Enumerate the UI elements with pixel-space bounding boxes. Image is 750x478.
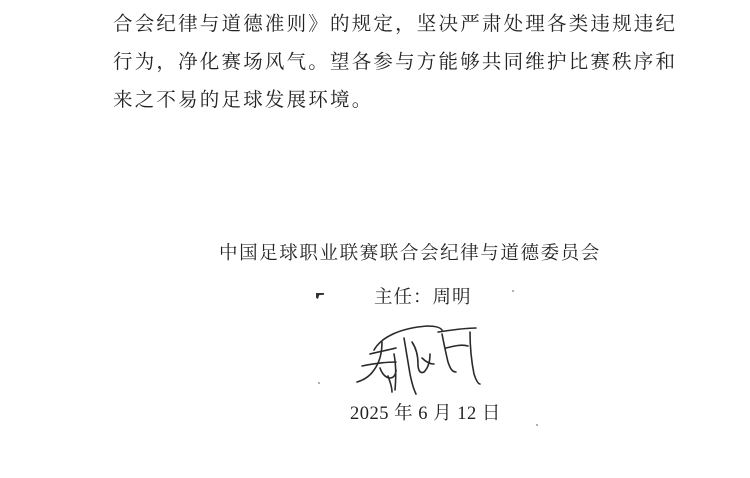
signing-date: 2025 年 6 月 12 日 <box>350 403 501 425</box>
scan-artifact-dot <box>512 290 514 292</box>
director-name: 主任：周明 <box>374 287 472 309</box>
signature-icon <box>352 318 497 400</box>
body-text-line-3: 来之不易的足球发展环境。 <box>113 88 373 112</box>
body-text-line-2: 行为，净化赛场风气。望各参与方能够共同维护比赛秩序和 <box>113 50 677 74</box>
scan-artifact-mark <box>316 293 324 299</box>
document-page: 合会纪律与道德准则》的规定，坚决严肃处理各类违规违纪 行为，净化赛场风气。望各参… <box>0 0 750 478</box>
issuing-organization: 中国足球职业联赛联合会纪律与道德委员会 <box>219 243 601 265</box>
scan-artifact-dot <box>536 424 538 426</box>
scan-artifact-dot <box>318 382 320 384</box>
body-text-line-1: 合会纪律与道德准则》的规定，坚决严肃处理各类违规违纪 <box>113 12 677 36</box>
